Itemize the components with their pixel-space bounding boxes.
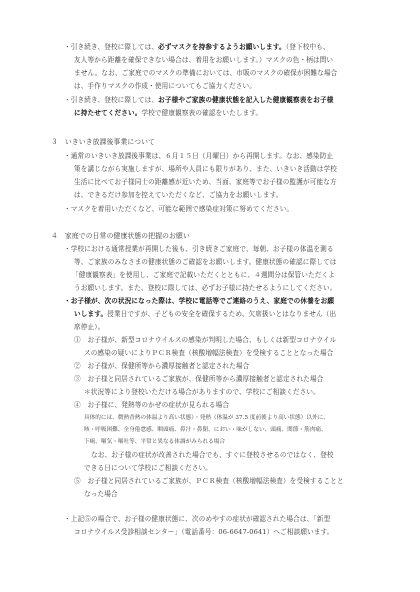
item-1-line-2: スの感染の疑いによりＰＣＲ検査（核酸増幅法検査）を受検することとなった場合 [84,349,334,358]
item-2: ② お子様が、保健所等から濃厚接触者と認定された場合 [74,362,249,371]
item-4: ④ お子様に、発熱等のかぜの症状が見られる場合 [74,401,229,410]
item-5-line-2: なった場合 [84,490,118,499]
text: （登下校中も、 [286,43,330,51]
item-4-note-line-1: なお、お子様の症状が改善された場合でも、すぐに登校させるのではなく、登校 [91,451,334,460]
item-3-line-1: ③ お子様と同居されているご家族が、保健所等から濃厚接触者と認定された場合 [74,375,324,384]
section-3-bullet-1-line-3: 生活に比べてお子様同士の距離感が近いため、当面、家庭等でお子様の監護が可能な方 [74,178,337,187]
section-4-bullet-1-line-3: 「健康観察表」を使用し、ご家庭で記載いただくとともに、４週間分は保管いただくよ [72,271,335,280]
section-3-bullet-2: ・マスクを着用いただくなど、可能な範囲で感染症対策に努めてください。 [64,205,293,214]
section-4-bullet-3-line-2: コロナウイルス受診相談センター」（電話番号：06-6647-0641）へご相談願… [74,528,334,537]
mask-bullet-1-line-4: は、手作りマスクの作成・使用についてもご協力ください。 [74,82,256,91]
section-3-heading: ３ いきいき放課後事業について [51,138,155,147]
section-4-bullet-2-line-1: ・お子様が、次の状況になった際は、学校に電話等でご連絡のうえ、家庭での休養をお願 [64,297,334,306]
section-4-heading: ４ 家庭での日常の健康状態の把握のお願い [51,232,190,241]
section-3-bullet-1-line-1: ・通常のいきいき放課後事業は、６月１５日（月曜日）から再開します。なお、感染防止 [64,152,333,161]
section-4-bullet-2-line-3: 席停止）。 [74,323,104,332]
document-page: ・引き続き、登校に際しては、必ずマスクを持参するようお願いします。（登下校中も、… [0,0,420,592]
emphasis-text: に持たせてください。 [74,109,141,117]
text: 学校で健康観察表の確認をいたします。 [141,109,262,117]
item-5-line-1: ⑤ お子様と同居されているご家族が、ＰＣＲ検査（核酸増幅法検査）を受検することと [74,477,344,486]
section-4-bullet-1-line-4: うお願いします。また、登校に際しては、必ずお子様に持たせるようにしてください。 [74,284,336,293]
section-4-bullet-2-line-2: いします。授業日ですが、子どもの安全を確保するため、欠席扱いとはなりません（出 [74,310,336,319]
mask-bullet-2-line-2: に持たせてください。学校で健康観察表の確認をいたします。 [74,109,262,118]
text: ・引き続き、登校に際しては、 [64,96,158,104]
item-1-line-1: ① お子様が、新型コロナウイルスの感染が判明した場合、もしくは新型コロナウイル [74,336,336,345]
mask-bullet-1-line-2: 友人等から距離を確保できない場合は、着用をお願いします。）マスクの色・柄は問い [74,56,333,65]
section-3-bullet-1-line-4: は、できるだけ参加を控えていただくなど、ご協力をお願いします。 [74,191,283,200]
mask-bullet-2-line-1: ・引き続き、登校に際しては、お子様やご家族の健康状態を記入した健康観察表をお子様 [64,96,334,105]
item-4-detail-2: 咳・呼吸困難、全身倦怠感、咽頭痛、鼻汁・鼻閉、におい・味がしない、頭痛、関節・筋… [84,426,327,435]
mask-bullet-1-line-3: ません。なお、ご家庭でのマスクの準備においては、市販のマスクの確保が困難な場合 [74,69,337,78]
emphasis-text: お子様やご家族の健康状態を記入した健康観察表をお子様 [158,96,333,104]
item-3-note: ＊状況等により登校いただける場合がありますので、学校にご相談ください。 [84,388,320,397]
emphasis-text: いします。 [74,310,107,318]
item-4-detail-1: 具体的には、微熱香熱の体温より高い状態）・発熱（体温が 37.5 度前後より高い… [84,414,329,423]
section-4-bullet-1-line-2: 等、ご家族のみなさまの健康状態のご確認をお願いします。健康状態の確認に際しては [74,258,336,267]
section-4-bullet-1-line-1: ・学校における通常授業が再開した後も、引き続きご家庭で、毎朝、お子様の体温を測る [64,245,334,254]
emphasis-text: 必ずマスクを持参するようお願いします。 [158,43,286,51]
section-4-bullet-3-line-1: ・上記⑤の場合で、お子様の健康状態に、次のめやすの症状が確認された場合は、「新型 [64,515,330,524]
section-3-bullet-1-line-2: 策を講じながら実施しますが、場所や人員にも限りがあり、また、いきいき活動は学校 [74,165,337,174]
text: 授業日ですが、子どもの安全を確保するため、欠席扱いとはなりません（出 [107,310,336,318]
item-4-detail-3: 下痢、嘔気・嘔吐等、平常と異なる体調がみられる場合 [84,438,225,447]
mask-bullet-1-line-1: ・引き続き、登校に際しては、必ずマスクを持参するようお願いします。（登下校中も、 [64,43,330,52]
text: ・引き続き、登校に際しては、 [64,43,158,51]
item-4-note-line-2: できる日について学校にご相談ください。 [84,464,212,473]
